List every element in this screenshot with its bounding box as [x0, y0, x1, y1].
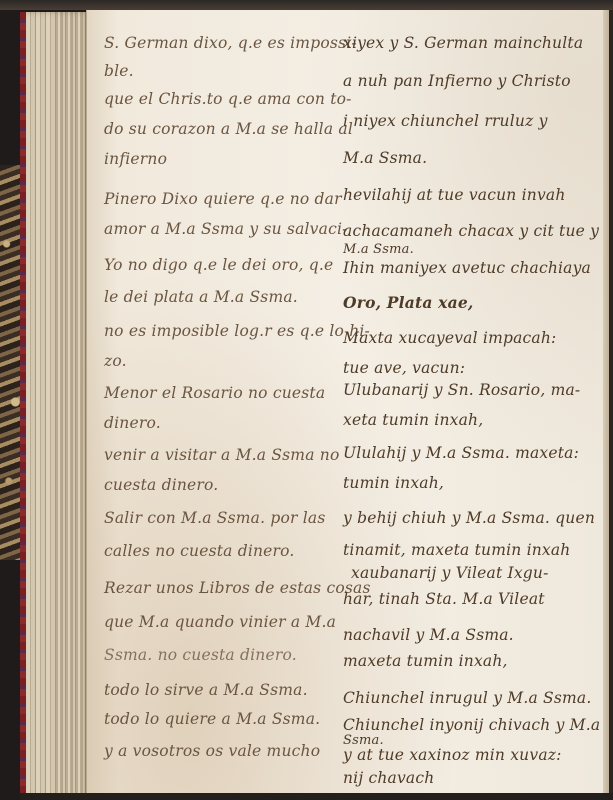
- kaqchikel-line: i niyex chiunchel rruluz y: [343, 112, 548, 130]
- kaqchikel-line: Ululahij y M.a Ssma. maxeta:: [343, 444, 579, 462]
- spanish-line: S. German dixo, q.e es impossi-: [104, 34, 357, 52]
- kaqchikel-line: hevilahij at tue vacun invah: [343, 186, 566, 204]
- kaqchikel-line: xaubanarij y Vileat Ixgu-: [351, 564, 549, 582]
- spanish-line: ble.: [104, 62, 134, 80]
- spanish-line: todo lo quiere a M.a Ssma.: [104, 710, 320, 728]
- spanish-line: amor a M.a Ssma y su salvaci-: [104, 220, 348, 238]
- spanish-line: Menor el Rosario no cuesta: [104, 384, 325, 402]
- kaqchikel-line: Chiunchel inrugul y M.a Ssma.: [343, 689, 592, 707]
- spanish-line: no es imposible log.r es q.e lo hi-: [104, 322, 370, 340]
- kaqchikel-line: nachavil y M.a Ssma.: [343, 626, 514, 644]
- spanish-line: y a vosotros os vale mucho: [104, 742, 320, 760]
- spanish-line: dinero.: [104, 414, 161, 432]
- spanish-line: cuesta dinero.: [104, 476, 218, 494]
- spanish-line: Salir con M.a Ssma. por las: [104, 509, 326, 527]
- page-stack-edges: [26, 12, 92, 800]
- cover-bottom-edge: [20, 793, 613, 800]
- kaqchikel-line: Ulubanarij y Sn. Rosario, ma-: [343, 381, 580, 399]
- kaqchikel-line: Ihin maniyex avetuc chachiaya: [343, 259, 591, 277]
- spanish-line: do su corazon a M.a se halla al: [104, 120, 353, 138]
- kaqchikel-line: M.a Ssma.: [343, 242, 414, 257]
- spanish-line: todo lo sirve a M.a Ssma.: [104, 681, 308, 699]
- kaqchikel-line: Maxta xucayeval impacah:: [343, 329, 556, 347]
- spanish-line: zo.: [104, 352, 127, 370]
- kaqchikel-line: Oro, Plata xae,: [343, 293, 474, 312]
- kaqchikel-line: tinamit, maxeta tumin inxah: [343, 541, 570, 559]
- kaqchikel-line: y behij chiuh y M.a Ssma. quen: [343, 509, 595, 527]
- spanish-line: calles no cuesta dinero.: [104, 542, 295, 560]
- page-right-edge: [603, 10, 613, 800]
- kaqchikel-line: Chiunchel inyonij chivach y M.a: [343, 716, 600, 734]
- spanish-line: venir a visitar a M.a Ssma no: [104, 446, 340, 464]
- spanish-line: Yo no digo q.e le dei oro, q.e: [104, 256, 333, 274]
- kaqchikel-line: achacamaneh chacax y cit tue y: [343, 222, 599, 240]
- kaqchikel-line: nij chavach: [343, 769, 434, 787]
- spanish-line: que M.a quando vinier a M.a: [104, 613, 336, 631]
- spanish-line: Pinero Dixo quiere q.e no dar: [104, 190, 342, 208]
- kaqchikel-line: y at tue xaxinoz min xuvaz:: [343, 746, 562, 764]
- spanish-line: le dei plata a M.a Ssma.: [104, 288, 298, 306]
- kaqchikel-line: xiyex y S. German mainchulta: [343, 34, 583, 52]
- kaqchikel-line: a nuh pan Infierno y Christo: [343, 72, 571, 90]
- kaqchikel-line: tue ave, vacun:: [343, 359, 465, 377]
- kaqchikel-line: har, tinah Sta. M.a Vileat: [343, 590, 545, 608]
- spanish-line: Ssma. no cuesta dinero.: [104, 646, 297, 664]
- kaqchikel-line: maxeta tumin inxah,: [343, 652, 508, 670]
- spanish-line: Rezar unos Libros de estas cosas: [104, 579, 371, 597]
- kaqchikel-line: M.a Ssma.: [343, 149, 427, 167]
- spanish-line: que el Chris.to q.e ama con to-: [104, 90, 352, 108]
- spanish-line: infierno: [104, 150, 167, 168]
- marbled-endpaper: [0, 165, 22, 560]
- cover-top-edge: [0, 0, 613, 10]
- kaqchikel-line: tumin inxah,: [343, 474, 444, 492]
- kaqchikel-line: xeta tumin inxah,: [343, 411, 483, 429]
